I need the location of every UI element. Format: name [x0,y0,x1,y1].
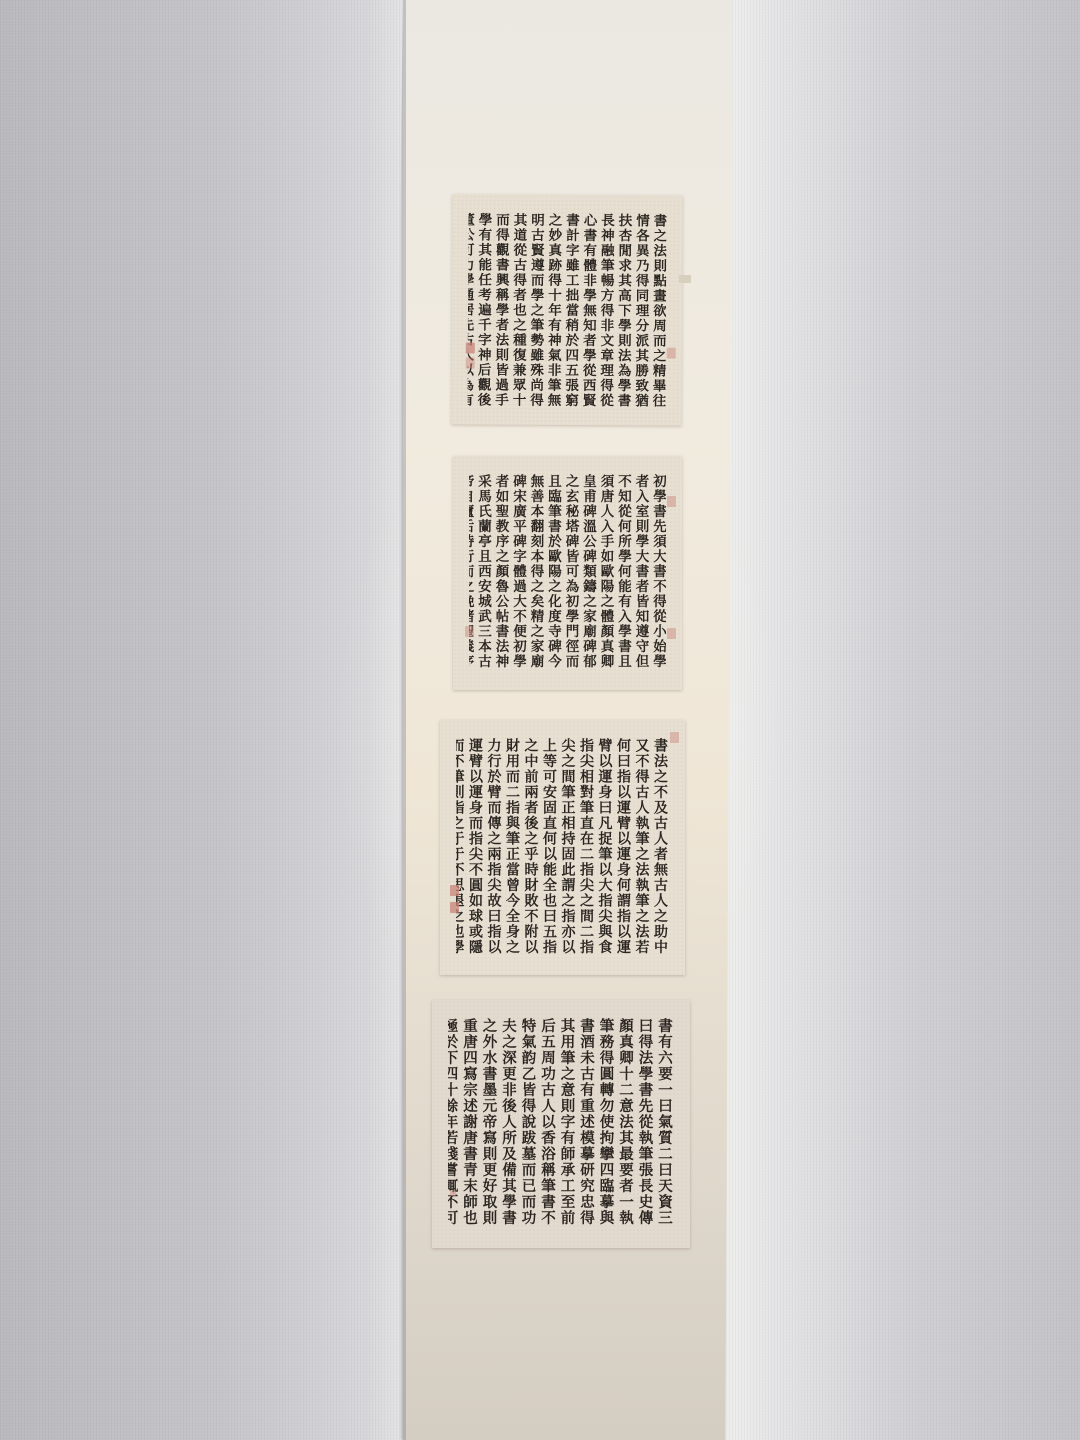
mount-tab [679,275,691,283]
seal-stamp [667,496,676,507]
seal-stamp [465,626,474,637]
calligraphy-leaf-4: 書有六要一曰氣質二曰天資三曰得法學書先從執筆張長史傳顏真卿十二意法其最要者一執筆… [432,1000,690,1248]
calligraphy-leaf-1: 書之法則點畫欲周而之精畢往情各異乃得同理分派其勝致猶扶杏閒求其高下學則法為學書長… [451,194,682,425]
seal-stamp [466,342,475,353]
calligraphy-text: 書之法則點畫欲周而之精畢往情各異乃得同理分派其勝致猶扶杏閒求其高下學則法為學書長… [467,212,666,409]
calligraphy-leaf-2: 初學書先須大書不得從小始學者入室則學大書者皆知遵守但不知從何所學何能有入學書且須… [453,456,682,690]
calligraphy-text: 書有六要一曰氣質二曰天資三曰得法學書先從執筆張長史傳顏真卿十二意法其最要者一執筆… [448,1018,674,1232]
seal-stamp [450,885,459,896]
seal-stamp [466,357,475,368]
scroll-left-edge [403,0,406,1440]
seal-stamp [670,732,679,743]
calligraphy-text: 書法之不及古人者無古人之助中又不得古人執筆之法執筆之法若何曰指以運臂以運身何謂指… [456,738,669,959]
seal-stamp [667,348,676,359]
seal-stamp [667,628,676,639]
calligraphy-text: 初學書先須大書不得從小始學者入室則學大書者皆知遵守但不知從何所學何能有入學書且須… [469,474,666,674]
calligraphy-leaf-3: 書法之不及古人者無古人之助中又不得古人執筆之法執筆之法若何曰指以運臂以運身何謂指… [440,720,685,975]
seal-stamp [450,1190,456,1196]
seal-stamp [450,902,459,913]
